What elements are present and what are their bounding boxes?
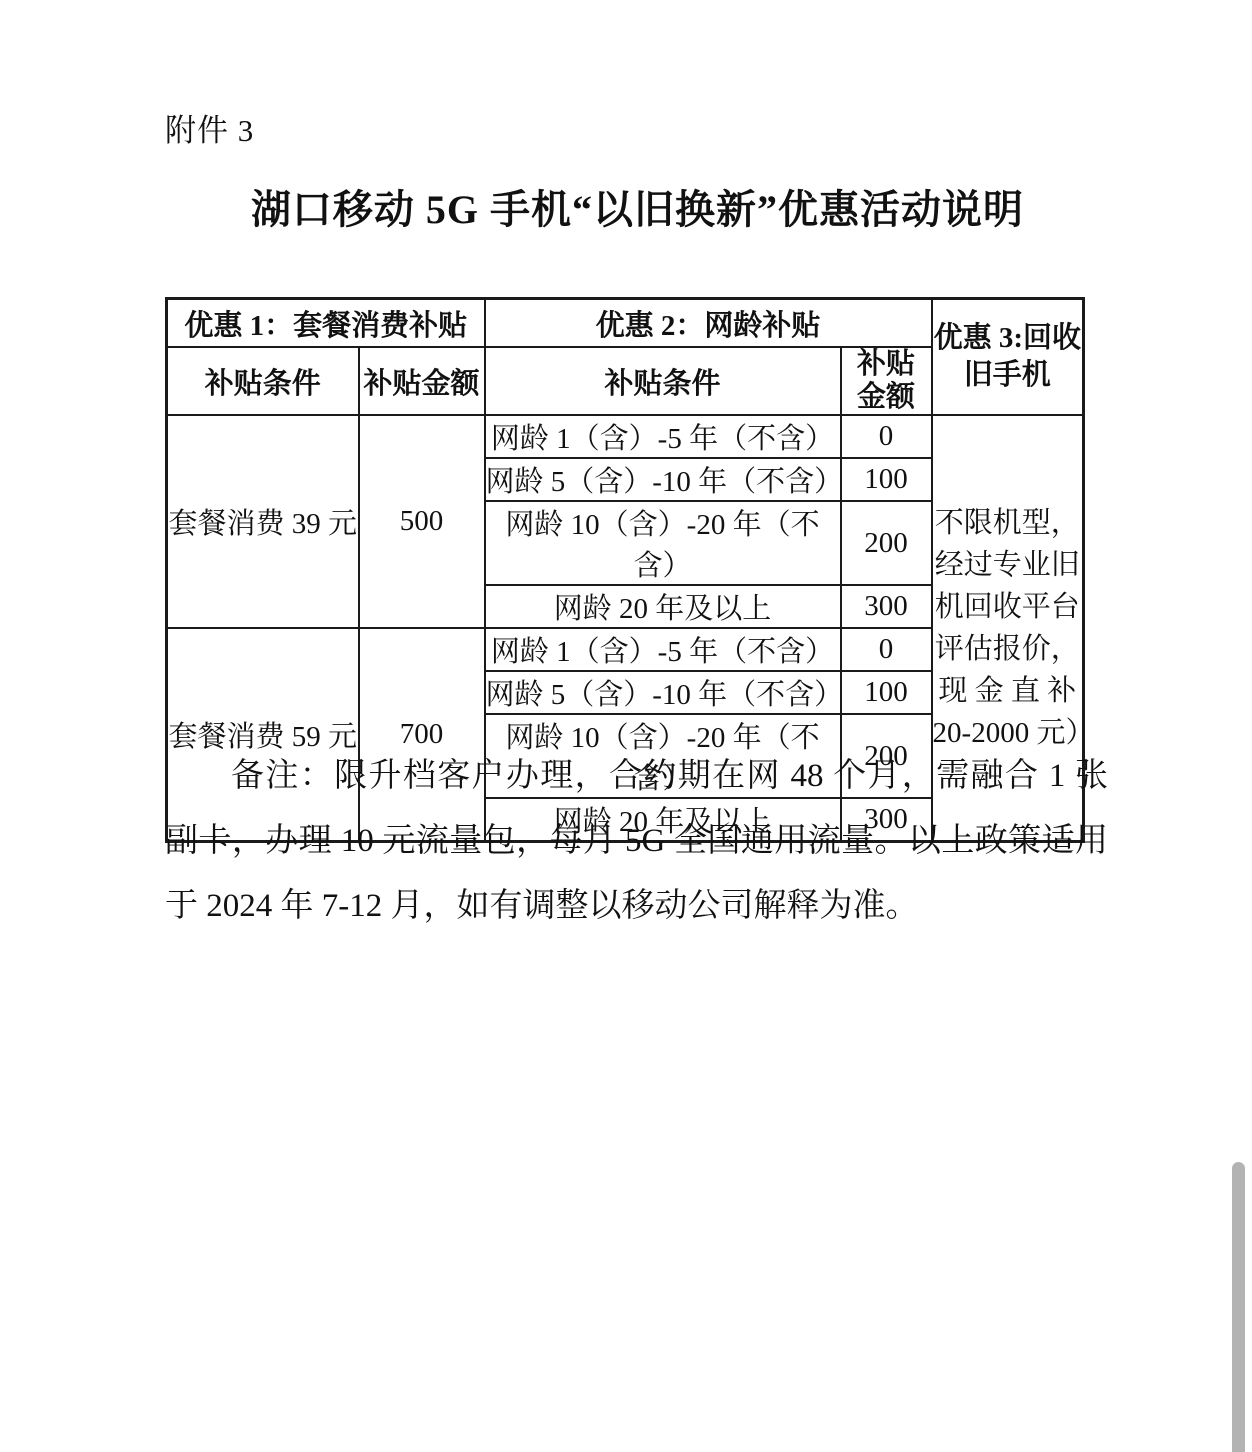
cell-age-condition: 网龄 1（含）-5 年（不含）	[485, 415, 841, 458]
cell-age-condition: 网龄 1（含）-5 年（不含）	[485, 628, 841, 671]
recycle-line-3: 机回收平台	[933, 586, 1083, 628]
cell-age-amount: 100	[841, 458, 932, 501]
header-sub-condition2: 补贴条件	[485, 347, 841, 415]
page-title: 湖口移动 5G 手机“以旧换新”优惠活动说明	[165, 178, 1110, 235]
cell-age-amount: 200	[841, 501, 932, 585]
cell-plan-condition-1: 套餐消费 39 元	[167, 415, 359, 628]
note-line-1: 备注：限升档客户办理，合约期在网 48 个月，需融合 1 张	[165, 744, 1108, 809]
recycle-line-5: 现 金 直 补	[933, 670, 1083, 712]
document-page: 附件 3 湖口移动 5G 手机“以旧换新”优惠活动说明 优惠 1：套餐消费补贴 …	[0, 0, 1252, 1452]
note-paragraph: 备注：限升档客户办理，合约期在网 48 个月，需融合 1 张 副卡，办理 10 …	[165, 744, 1108, 939]
header-offer2: 优惠 2：网龄补贴	[485, 299, 932, 348]
recycle-line-2: 经过专业旧	[933, 544, 1083, 586]
note-line-2: 副卡，办理 10 元流量包，每月 5G 全国通用流量。以上政策适用	[165, 809, 1108, 874]
recycle-line-1: 不限机型，	[933, 502, 1083, 544]
cell-age-condition: 网龄 10（含）-20 年（不含）	[485, 501, 841, 585]
cell-age-amount: 0	[841, 415, 932, 458]
header-sub-amount2-line2: 金额	[842, 381, 931, 414]
cell-age-condition: 网龄 5（含）-10 年（不含）	[485, 671, 841, 714]
cell-age-amount: 100	[841, 671, 932, 714]
table-row: 套餐消费 39 元 500 网龄 1（含）-5 年（不含） 0 不限机型， 经过…	[167, 415, 1084, 458]
header-offer1: 优惠 1：套餐消费补贴	[167, 299, 485, 348]
table-header-row-1: 优惠 1：套餐消费补贴 优惠 2：网龄补贴 优惠 3:回收 旧手机	[167, 299, 1084, 348]
cell-age-amount: 300	[841, 585, 932, 628]
header-sub-amount2-line1: 补贴	[842, 348, 931, 381]
header-offer3: 优惠 3:回收 旧手机	[932, 299, 1084, 416]
recycle-line-4: 评估报价，	[933, 628, 1083, 670]
cell-age-condition: 网龄 5（含）-10 年（不含）	[485, 458, 841, 501]
cell-age-amount: 0	[841, 628, 932, 671]
header-sub-amount1: 补贴金额	[359, 347, 485, 415]
scrollbar-thumb[interactable]	[1232, 1162, 1245, 1452]
header-offer3-line2: 旧手机	[933, 357, 1083, 394]
header-offer3-line1: 优惠 3:回收	[933, 320, 1083, 357]
header-sub-condition1: 补贴条件	[167, 347, 359, 415]
cell-age-condition: 网龄 20 年及以上	[485, 585, 841, 628]
note-line-3: 于 2024 年 7-12 月，如有调整以移动公司解释为准。	[165, 874, 1108, 939]
attachment-label: 附件 3	[165, 105, 254, 150]
cell-plan-amount-1: 500	[359, 415, 485, 628]
header-sub-amount2: 补贴 金额	[841, 347, 932, 415]
